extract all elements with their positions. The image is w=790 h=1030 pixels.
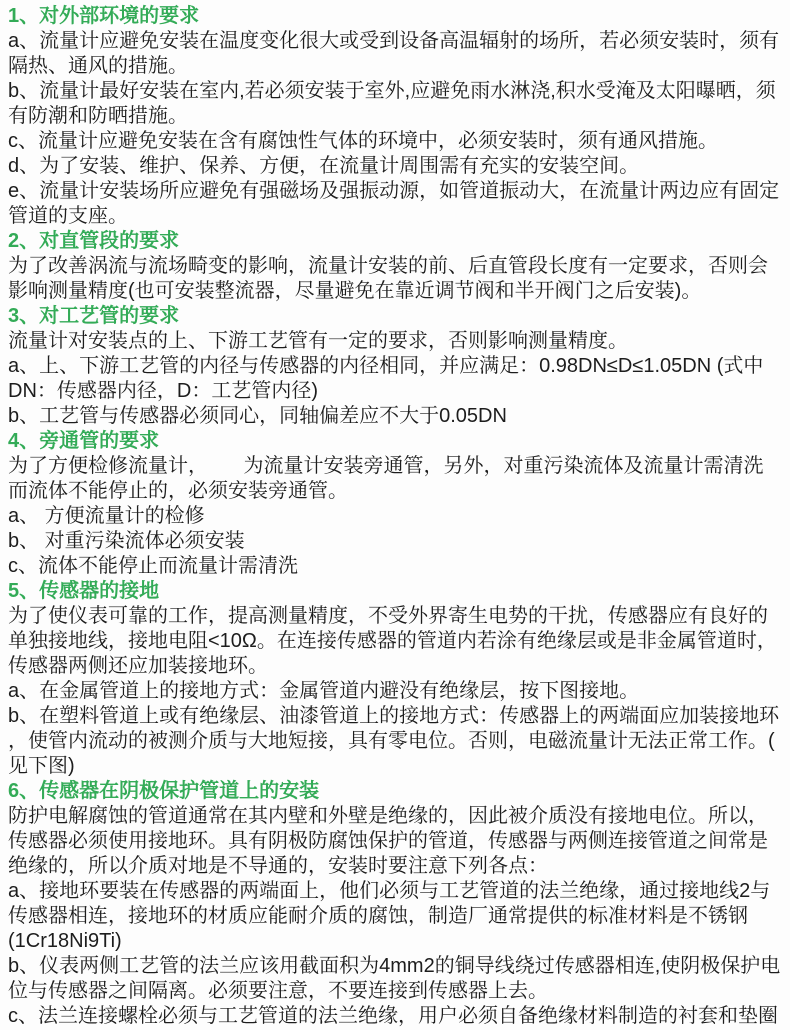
section-heading: 4、旁通管的要求	[8, 429, 782, 454]
body-text-line: 防护电解腐蚀的管道通常在其内壁和外壁是绝缘的，因此被介质没有接地电位。所以，	[8, 804, 782, 829]
section-heading: 6、传感器在阴极保护管道上的安装	[8, 779, 782, 804]
body-text-line: 隔热、通风的措施。	[8, 54, 782, 79]
body-text-line: 单独接地线，接地电阻<10Ω。在连接传感器的管道内若涂有绝缘层或是非金属管道时，	[8, 629, 782, 654]
body-text-line: 而流体不能停止的，必须安装旁通管。	[8, 479, 782, 504]
body-text-line: b、在塑料管道上或有绝缘层、油漆管道上的接地方式：传感器上的两端面应加装接地环	[8, 704, 782, 729]
body-text-line: 绝缘的，所以介质对地是不导通的，安装时要注意下列各点：	[8, 854, 782, 879]
section-heading: 5、传感器的接地	[8, 579, 782, 604]
body-text-line: e、流量计安装场所应避免有强磁场及强振动源，如管道振动大，在流量计两边应有固定	[8, 179, 782, 204]
body-text-line: (1Cr18Ni9Ti)	[8, 929, 782, 954]
body-text-line: 位与传感器之间隔离。必须要注意，不要连接到传感器上去。	[8, 979, 782, 1004]
body-text-line: b、仪表两侧工艺管的法兰应该用截面积为4mm2的铜导线绕过传感器相连,使阴极保护…	[8, 954, 782, 979]
body-text-line: a、在金属管道上的接地方式：金属管道内避没有绝缘层，按下图接地。	[8, 679, 782, 704]
body-text-line: c、流体不能停止而流量计需清洗	[8, 554, 782, 579]
body-text-line: a、流量计应避免安装在温度变化很大或受到设备高温辐射的场所，若必须安装时，须有	[8, 29, 782, 54]
body-text-line: b、 对重污染流体必须安装	[8, 529, 782, 554]
body-text-line: 流量计对安装点的上、下游工艺管有一定的要求，否则影响测量精度。	[8, 329, 782, 354]
body-text-line: 为了方便检修流量计， 为流量计安装旁通管，另外，对重污染流体及流量计需清洗	[8, 454, 782, 479]
body-text-line: ，使管内流动的被测介质与大地短接，具有零电位。否则，电磁流量计无法正常工作。(	[8, 729, 782, 754]
body-text-line: b、流量计最好安装在室内,若必须安装于室外,应避免雨水淋浇,积水受淹及太阳曝晒，…	[8, 79, 782, 104]
body-text-line: 有防潮和防晒措施。	[8, 104, 782, 129]
body-text-line: 传感器两侧还应加装接地环。	[8, 654, 782, 679]
body-text-line: 见下图)	[8, 754, 782, 779]
body-text-line: a、接地环要装在传感器的两端面上，他们必须与工艺管道的法兰绝缘，通过接地线2与	[8, 879, 782, 904]
section-heading: 1、对外部环境的要求	[8, 4, 782, 29]
body-text-line: c、流量计应避免安装在含有腐蚀性气体的环境中，必须安装时，须有通风措施。	[8, 129, 782, 154]
body-text-line: b、工艺管与传感器必须同心，同轴偏差应不大于0.05DN	[8, 404, 782, 429]
body-text-line: d、为了安装、维护、保养、方便，在流量计周围需有充实的安装空间。	[8, 154, 782, 179]
body-text-line: 为了使仪表可靠的工作，提高测量精度，不受外界寄生电势的干扰，传感器应有良好的	[8, 604, 782, 629]
body-text-line: 为了改善涡流与流场畸变的影响，流量计安装的前、后直管段长度有一定要求，否则会	[8, 254, 782, 279]
body-text-line: DN：传感器内径，D：工艺管内径)	[8, 379, 782, 404]
body-text-line: c、法兰连接螺栓必须与工艺管道的法兰绝缘，用户必须自备绝缘材料制造的衬套和垫圈	[8, 1004, 782, 1029]
section-heading: 2、对直管段的要求	[8, 229, 782, 254]
body-text-line: 影响测量精度(也可安装整流器，尽量避免在靠近调节阀和半开阀门之后安装)。	[8, 279, 782, 304]
body-text-line: a、上、下游工艺管的内径与传感器的内径相同，并应满足：0.98DN≤D≤1.05…	[8, 354, 782, 379]
body-text-line: 传感器必须使用接地环。具有阴极防腐蚀保护的管道，传感器与两侧连接管道之间常是	[8, 829, 782, 854]
section-heading: 3、对工艺管的要求	[8, 304, 782, 329]
body-text-line: 传感器相连，接地环的材质应能耐介质的腐蚀，制造厂通常提供的标准材料是不锈钢	[8, 904, 782, 929]
document-page: 1、对外部环境的要求a、流量计应避免安装在温度变化很大或受到设备高温辐射的场所，…	[0, 0, 790, 1029]
body-text-line: a、 方便流量计的检修	[8, 504, 782, 529]
body-text-line: 管道的支座。	[8, 204, 782, 229]
